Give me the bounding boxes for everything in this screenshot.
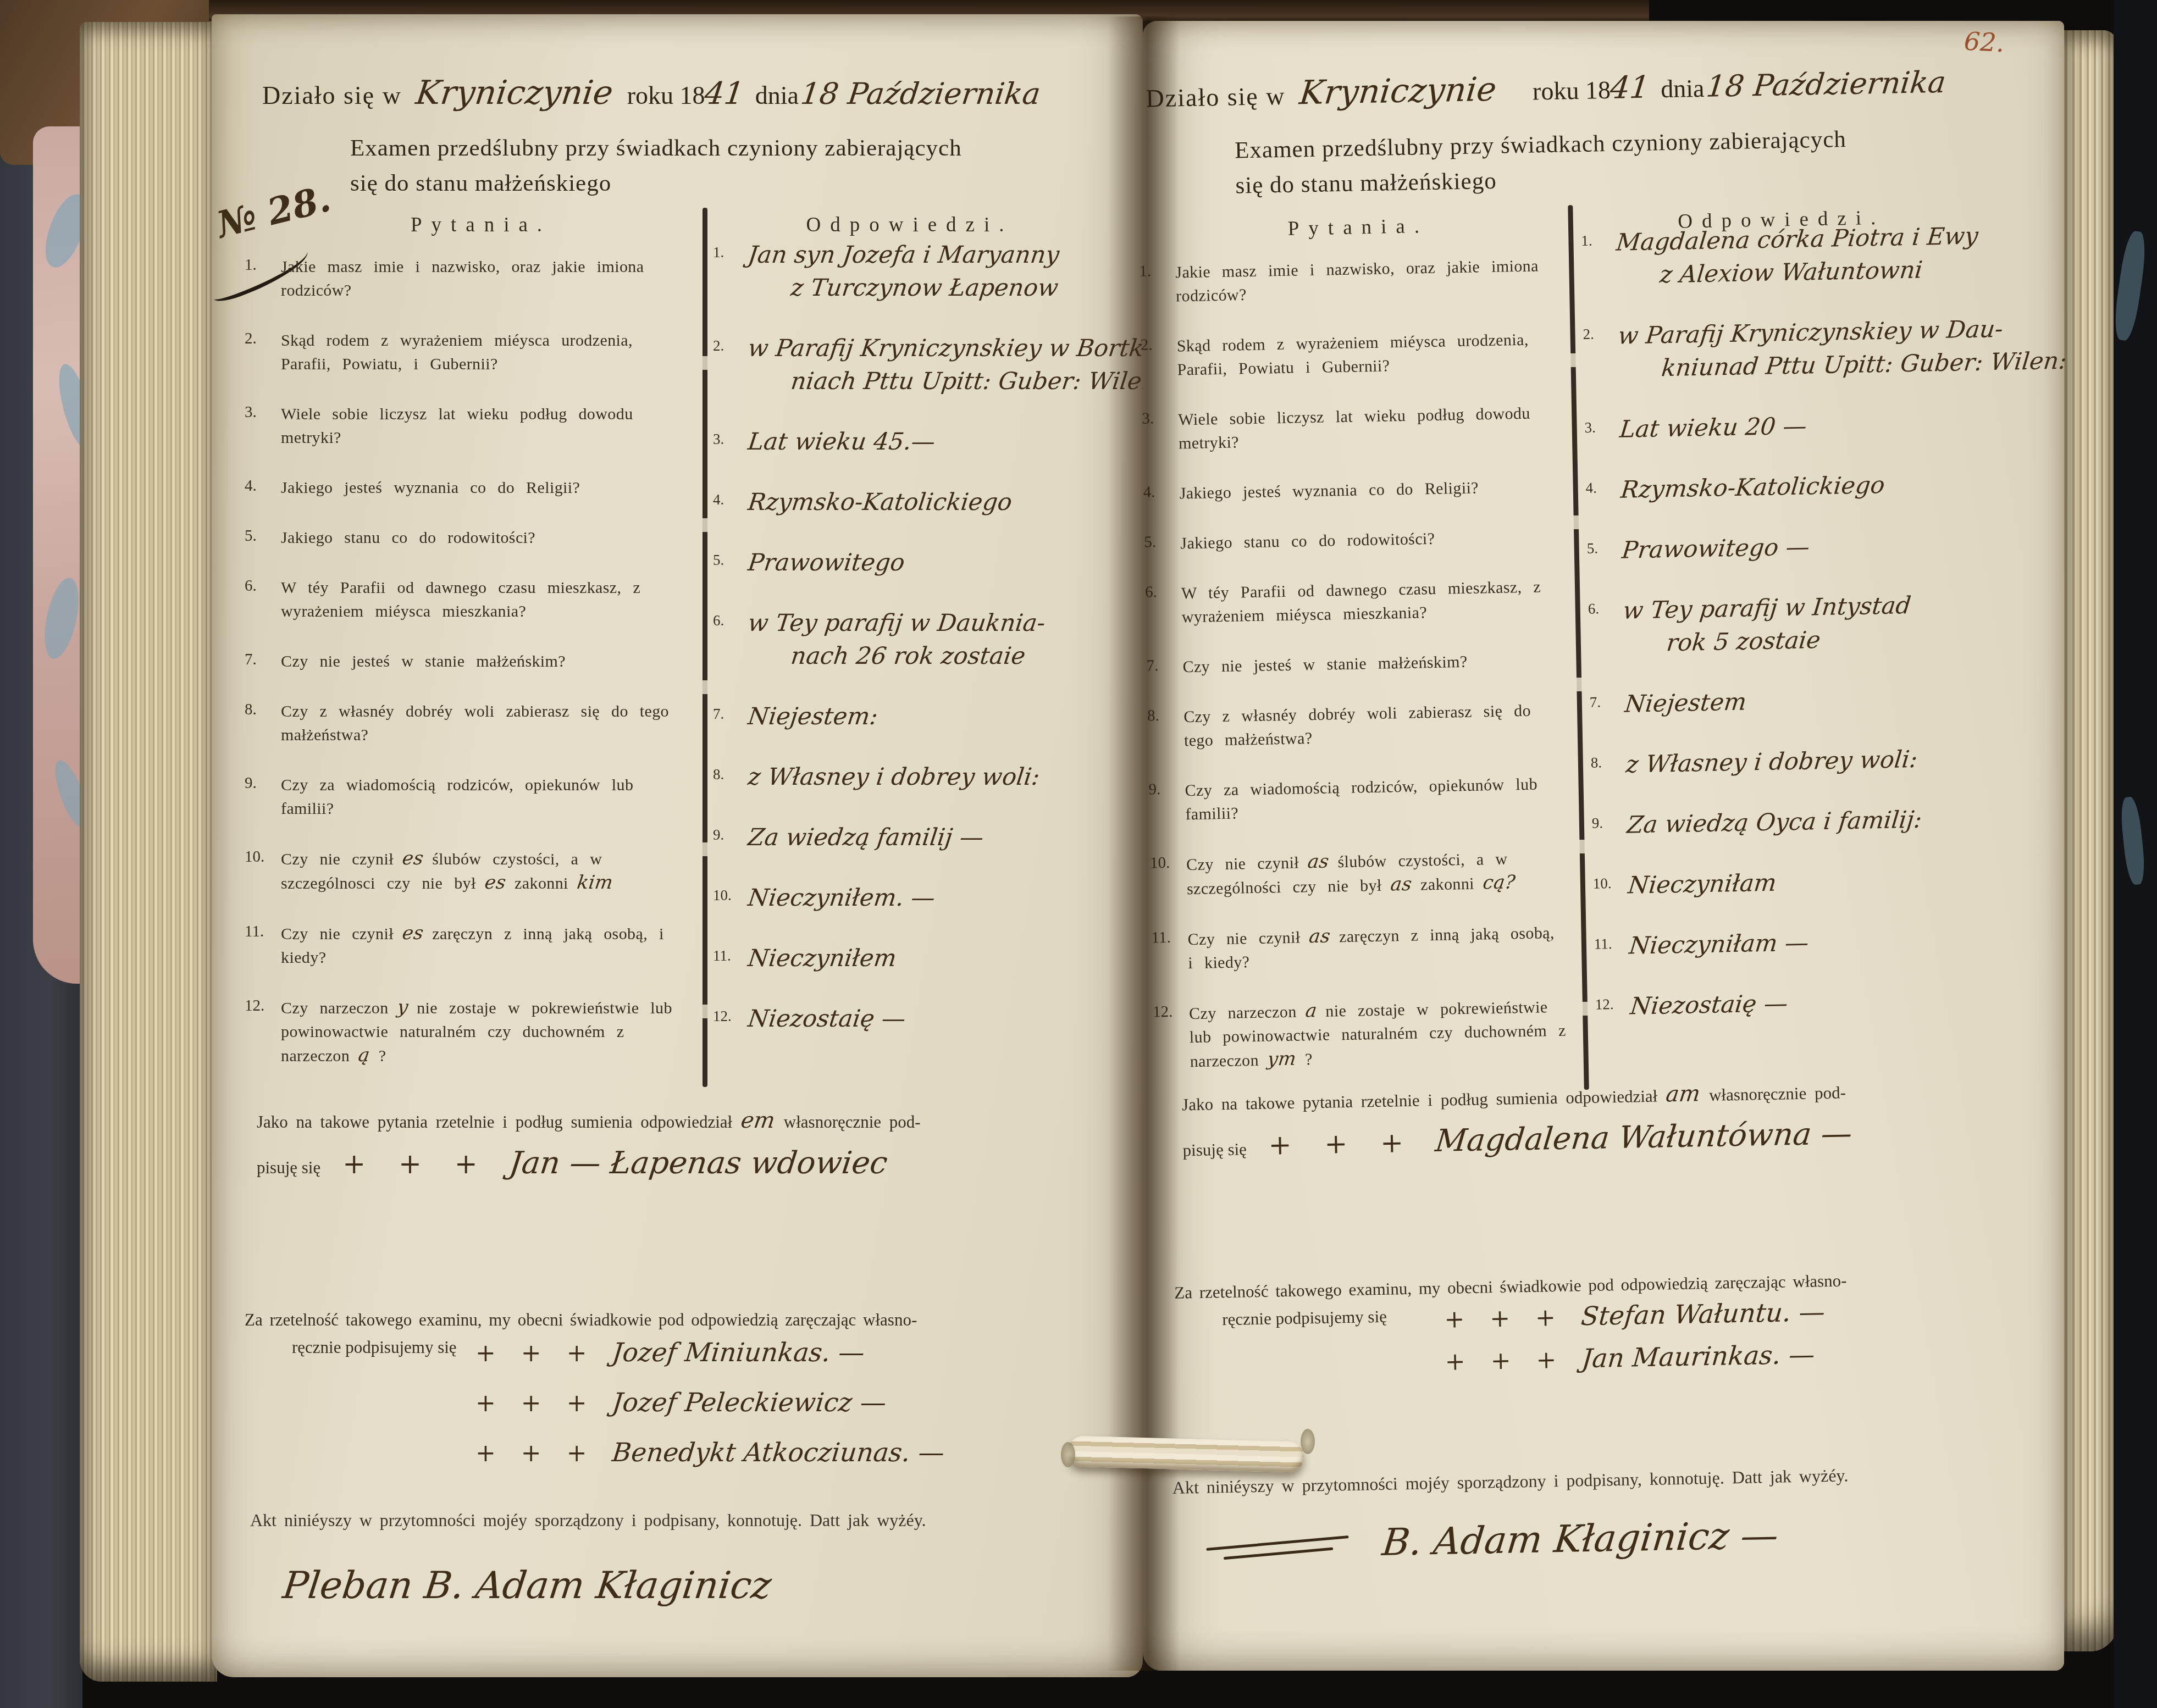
answer-line: Nieczyniłem <box>746 942 1141 975</box>
witness-statement-line1: Za rzetelność takowego examinu, my obecn… <box>245 1310 1124 1330</box>
page-block-edges-right <box>2062 30 2117 1651</box>
answer-text: Za wiedzą Oyca i familij: <box>1627 801 2043 842</box>
question-row: 2.Skąd rodem z wyrażeniem miéysca urodze… <box>1140 328 1558 382</box>
right-page-content: 62. Działo się wKryniczynieroku 1841dnia… <box>1113 4 2064 1671</box>
answer-number: 3. <box>1584 413 1620 447</box>
answer-number: 10. <box>1592 869 1628 903</box>
answer-number: 10. <box>713 881 748 914</box>
groom-signature: Jan — Łapenas wdowiec <box>507 1145 889 1181</box>
question-number: 4. <box>245 476 281 500</box>
answer-number: 2. <box>1583 320 1619 386</box>
question-row: 6.W téy Parafii od dawnego czasu mieszka… <box>245 576 684 623</box>
answer-text: Nieczyniłem. — <box>748 881 1139 914</box>
question-number: 3. <box>245 402 281 450</box>
question-number: 1. <box>245 255 281 302</box>
question-text: Jakie masz imie i nazwisko, oraz jakie i… <box>1175 254 1557 308</box>
blue-paint-mark <box>2119 796 2147 886</box>
header-dnia-label: dnia <box>755 81 799 109</box>
witness-crosses: + + + <box>475 1389 596 1417</box>
question-text: Wiele sobie liczysz lat wieku podług dow… <box>281 402 684 450</box>
printed-question-segment: Skąd rodem z wyrażeniem miéysca urodzeni… <box>1177 331 1529 379</box>
answer-row: 6.w Tey parafij w Dauknia-nach 26 rok zo… <box>713 607 1139 673</box>
header-place-handwritten: Kryniczynie <box>1298 70 1498 113</box>
printed-question-segment: ? <box>379 1047 386 1065</box>
question-text: Jakiego stanu co do rodowitości? <box>1180 525 1562 556</box>
answer-row: 3.Lat wieku 20 — <box>1584 406 2036 447</box>
answer-row: 6.w Tey parafij w Intystadrok 5 zostaie <box>1588 587 2039 661</box>
declaration-text-post: własnoręcznie pod- <box>784 1112 921 1132</box>
handwritten-ending: ą <box>357 1044 372 1067</box>
answer-text: Nieczyniłam <box>1628 862 2044 902</box>
declaration-line1: Jako na takowe pytania rzetelnie i podłu… <box>257 1108 1125 1133</box>
handwritten-ending: as <box>1308 924 1332 949</box>
witness-row: + + +Benedykt Atkocziunas. — <box>475 1438 944 1468</box>
witness-name: Jan Maurinkas. — <box>1580 1339 1816 1374</box>
answer-row: 9.Za wiedzą Oyca i familij: <box>1591 801 2043 842</box>
question-text: Czy nie czyniłaszaręczyn z inną jaką oso… <box>1187 920 1569 975</box>
answer-line: Nieczyniłem. — <box>746 881 1141 914</box>
question-row: 10.Czy nie czyniłasślubów czystości, a w… <box>1150 846 1568 902</box>
answer-number: 1. <box>1581 226 1617 293</box>
answer-number: 2. <box>713 332 748 398</box>
answer-row: 2.w Parafij Kryniczynskiey w Dau-kniunad… <box>1583 312 2034 386</box>
answer-row: 10.Nieczyniłem. — <box>713 881 1139 914</box>
printed-question-segment: Czy nie czynił <box>1187 929 1300 949</box>
question-row: 6.W téy Parafii od dawnego czasu mieszka… <box>1145 575 1563 630</box>
priest-signature: Pleban B. Adam Kłaginicz <box>280 1564 774 1607</box>
handwritten-ending: cą? <box>1481 870 1517 895</box>
answer-line: Lat wieku 20 — <box>1618 406 2037 446</box>
answer-line: Lat wieku 45.— <box>746 425 1141 458</box>
declaration-hand-ending: am <box>1664 1081 1701 1107</box>
question-text: Jakiego stanu co do rodowitości? <box>281 526 684 550</box>
questions-column: 1.Jakie masz imie i nazwisko, oraz jakie… <box>1139 254 1572 1101</box>
printed-question-segment: Jakiego stanu co do rodowitości? <box>281 529 535 547</box>
answer-line: Niezostaię — <box>746 1002 1141 1035</box>
question-row: 7.Czy nie jesteś w stanie małżeńskim? <box>1146 648 1564 680</box>
printed-question-segment: Jakiego stanu co do rodowitości? <box>1180 530 1435 552</box>
question-text: Czy narzeczonynie zostaje w pokrewieństw… <box>281 996 684 1068</box>
answer-line: Prawowitego <box>746 546 1141 579</box>
answer-row: 12.Niezostaię — <box>1595 983 2046 1024</box>
declaration-signature-row: pisuję się + + + Jan — Łapenas wdowiec <box>257 1145 1125 1181</box>
declaration-line2: pisuję się <box>1182 1139 1247 1160</box>
declaration-signature-row: pisuję się + + + Magdalena Wałuntówna — <box>1182 1112 2040 1164</box>
answer-row: 4.Rzymsko-Katolickiego <box>713 486 1139 519</box>
printed-question-segment: Czy narzeczon <box>1189 1003 1297 1023</box>
answer-number: 3. <box>713 425 748 458</box>
witness-row: + + +Jozef Peleckiewicz — <box>475 1388 944 1418</box>
question-text: W téy Parafii od dawnego czasu mieszkasz… <box>1181 575 1563 629</box>
handwritten-ending: es <box>483 871 507 895</box>
printed-question-segment: zakonni <box>515 874 568 892</box>
answer-text: Niezostaię — <box>748 1002 1139 1035</box>
answer-number: 11. <box>713 942 748 975</box>
binding-cord <box>1067 1435 1304 1472</box>
answer-row: 5.Prawowitego <box>713 546 1139 579</box>
question-text: Czy nie jesteś w stanie małżeńskim? <box>1182 648 1564 679</box>
priest-signature: B. Adam Kłaginicz — <box>1380 1514 1780 1565</box>
question-row: 12.Czy narzeczonynie zostaje w pokrewień… <box>245 996 684 1068</box>
answer-row: 12.Niezostaię — <box>713 1002 1139 1035</box>
question-row: 9.Czy za wiadomością rodziców, opiekunów… <box>245 773 684 820</box>
question-row: 4.Jakiego jesteś wyznania co do Religii? <box>245 476 684 500</box>
answer-number: 1. <box>713 239 748 304</box>
answer-text: Nieczyniłam — <box>1629 922 2045 963</box>
left-page: Działo się wKryniczynieroku 1841dnia 18 … <box>212 14 1143 1677</box>
witness-crosses: + + + <box>1445 1346 1565 1376</box>
column-header-questions: Pytania. <box>1177 212 1540 242</box>
column-header-answers: Odpowiedzi. <box>723 213 1097 237</box>
answer-text: z Własney i dobrey woli: <box>748 761 1139 794</box>
answer-text: w Tey parafij w Intystadrok 5 zostaie <box>1623 587 2039 661</box>
answer-row: 7.Niejestem <box>1589 680 2040 722</box>
column-divider-rule <box>703 208 707 1087</box>
witness-name: Jozef Peleckiewicz — <box>611 1388 888 1418</box>
question-row: 8.Czy z własnéy dobréy woli zabierasz si… <box>1147 698 1566 753</box>
answer-line: Rzymsko-Katolickiego <box>1619 466 2038 507</box>
answer-number: 7. <box>1589 688 1625 722</box>
page-block-edges-left <box>80 22 217 1682</box>
answer-row: 1.Jan syn Jozefa i Maryannyz Turczynow Ł… <box>713 239 1139 304</box>
printed-question-segment: Jakie masz imie i nazwisko, oraz jakie i… <box>1175 257 1539 305</box>
answer-line: Za wiedzą familij — <box>746 821 1141 854</box>
question-row: 5.Jakiego stanu co do rodowitości? <box>1144 525 1562 556</box>
witness-signatures: + + +Stefan Wałuntu. —+ + +Jan Maurinkas… <box>1444 1297 1826 1389</box>
answer-text: Prawowitego <box>748 546 1139 579</box>
answer-line: Niejestem: <box>746 700 1141 733</box>
question-number: 2. <box>245 329 281 376</box>
binding-hole <box>1301 1429 1315 1454</box>
question-text: Czy z własnéy dobréy woli zabierasz się … <box>281 700 684 747</box>
header-prefix: Działo się w <box>262 81 402 109</box>
printed-question-segment: Jakie masz imie i nazwisko, oraz jakie i… <box>281 258 644 300</box>
answer-number: 9. <box>713 821 748 854</box>
column-header-questions: Pytania. <box>289 213 673 237</box>
question-row: 2.Skąd rodem z wyrażeniem miéysca urodze… <box>245 329 684 376</box>
declaration-block: Jako na takowe pytania rzetelnie i podłu… <box>1182 1075 2040 1164</box>
answer-line: Nieczyniłam <box>1627 862 2045 902</box>
act-header: Działo się wKryniczynieroku 1841dnia 18 … <box>262 74 1040 112</box>
question-text: Czy nie jesteś w stanie małżeńskim? <box>281 650 684 673</box>
answer-text: z Własney i dobrey woli: <box>1625 741 2042 781</box>
answer-text: Za wiedzą familij — <box>748 821 1139 854</box>
declaration-text-pre: Jako na takowe pytania rzetelnie i podłu… <box>257 1112 732 1132</box>
answer-row: 11.Nieczyniłem <box>713 942 1139 975</box>
header-roku-label: roku 18 <box>1533 76 1611 106</box>
answer-text: Prawowitego — <box>1622 526 2038 567</box>
blue-paint-mark <box>2111 230 2148 342</box>
answers-column: 1.Jan syn Jozefa i Maryannyz Turczynow Ł… <box>713 239 1139 1063</box>
header-year-handwritten: 41 <box>1608 70 1651 106</box>
handwritten-ending: ym <box>1266 1047 1297 1072</box>
question-row: 4.Jakiego jesteś wyznania co do Religii? <box>1143 475 1561 506</box>
handwritten-ending: y <box>396 996 410 1019</box>
marble-vein <box>38 575 85 662</box>
answer-row: 2.w Parafij Kryniczynskiey w Bortkłoy-ni… <box>713 332 1139 398</box>
printed-question-segment: W téy Parafii od dawnego czasu mieszkasz… <box>1181 578 1541 626</box>
handwritten-ending: as <box>1306 850 1330 874</box>
answer-text: Niejestem <box>1624 680 2040 721</box>
question-number: 8. <box>245 700 281 747</box>
printed-question-segment: Czy nie jesteś w stanie małżeńskim? <box>281 652 566 670</box>
signature-crosses: + + + <box>1268 1127 1416 1161</box>
answer-row: 10.Nieczyniłam <box>1592 862 2044 903</box>
question-row: 1.Jakie masz imie i nazwisko, oraz jakie… <box>245 255 684 302</box>
header-date-handwritten: 18 Października <box>799 76 1042 111</box>
answer-line: z Alexiow Wałuntowni <box>1658 252 2034 292</box>
header-date-handwritten: 18 Października <box>1705 65 1948 104</box>
answer-row: 7.Niejestem: <box>713 700 1139 733</box>
answer-text: Rzymsko-Katolickiego <box>1620 466 2037 507</box>
header-roku-label: roku 18 <box>627 81 705 109</box>
handwritten-ending: as <box>1389 873 1413 897</box>
answer-line: Nieczyniłam — <box>1628 922 2047 963</box>
answer-number: 9. <box>1591 809 1627 842</box>
question-text: Czy nie czyniłesślubów czystości, a w sz… <box>281 847 684 895</box>
answer-text: Lat wieku 20 — <box>1619 406 2036 446</box>
question-number: 5. <box>245 526 281 550</box>
handwritten-ending: kim <box>576 871 615 895</box>
question-number: 12. <box>245 996 281 1068</box>
subtitle-line1: Examen przedślubny przy świadkach czynio… <box>350 131 1164 166</box>
answer-number: 5. <box>713 546 748 579</box>
answer-text: Rzymsko-Katolickiego <box>748 486 1139 519</box>
answer-text: Magdalena córka Piotra i Ewyz Alexiow Wa… <box>1616 219 2033 292</box>
answer-row: 1.Magdalena córka Piotra i Ewyz Alexiow … <box>1581 219 2033 293</box>
declaration-text-pre: Jako na takowe pytania rzetelnie i podłu… <box>1182 1086 1658 1114</box>
witness-crosses: + + + <box>475 1339 596 1367</box>
answers-column: 1.Magdalena córka Piotra i Ewyz Alexiow … <box>1581 219 2047 1051</box>
witness-crosses: + + + <box>1444 1304 1564 1334</box>
witness-name: Benedykt Atkocziunas. — <box>611 1438 946 1468</box>
answer-line: rok 5 zostaie <box>1665 620 2041 660</box>
closing-statement: Akt niniéyszy w przytomności mojéy sporz… <box>250 1510 926 1530</box>
answer-line: z Turczynow Łapenow <box>789 271 1141 304</box>
answer-row: 9.Za wiedzą familij — <box>713 821 1139 854</box>
act-header: Działo się wKryniczynieroku 1841dnia 18 … <box>1146 62 1946 115</box>
printed-question-segment: Czy za wiadomością rodziców, opiekunów l… <box>1185 775 1537 824</box>
question-row: 9.Czy za wiadomością rodziców, opiekunów… <box>1148 772 1567 827</box>
question-number: 6. <box>245 576 281 623</box>
question-text: Czy nie czyniłeszaręczyn z inną jaką oso… <box>281 922 684 969</box>
question-text: Czy za wiadomością rodziców, opiekunów l… <box>281 773 684 820</box>
question-text: Czy nie czyniłasślubów czystości, a w sz… <box>1186 846 1568 901</box>
answer-line: z Własney i dobrey woli: <box>746 761 1141 794</box>
answer-line: Rzymsko-Katolickiego <box>746 486 1141 519</box>
declaration-line2: pisuję się <box>257 1158 320 1178</box>
answer-line: Niezostaię — <box>1629 983 2048 1023</box>
witness-name: Stefan Wałuntu. — <box>1580 1297 1826 1332</box>
printed-question-segment: Jakiego jesteś wyznania co do Religii? <box>1179 479 1479 502</box>
witness-row: + + +Jozef Miniunkas. — <box>475 1338 944 1368</box>
question-number: 11. <box>245 922 281 969</box>
question-number: 10. <box>245 847 281 895</box>
question-row: 8.Czy z własnéy dobréy woli zabierasz si… <box>245 700 684 747</box>
answer-line: Za wiedzą Oyca i familij: <box>1625 801 2044 842</box>
left-page-content: Działo się wKryniczynieroku 1841dnia 18 … <box>212 14 1143 1677</box>
answer-row: 11.Nieczyniłam — <box>1594 922 2045 963</box>
witness-signatures: + + +Jozef Miniunkas. —+ + +Jozef Peleck… <box>475 1338 944 1488</box>
answer-number: 7. <box>713 700 748 733</box>
handwritten-ending: es <box>401 922 425 945</box>
answer-line: Prawowitego — <box>1620 526 2039 567</box>
question-row: 1.Jakie masz imie i nazwisko, oraz jakie… <box>1139 254 1557 309</box>
question-text: W téy Parafii od dawnego czasu mieszkasz… <box>281 576 684 623</box>
header-year-handwritten: 41 <box>703 76 746 112</box>
answer-text: w Tey parafij w Dauknia-nach 26 rok zost… <box>748 607 1139 673</box>
witness-row: + + +Stefan Wałuntu. — <box>1444 1297 1825 1334</box>
printed-question-segment: Czy z własnéy dobréy woli zabierasz się … <box>1183 702 1531 750</box>
handwritten-ending: es <box>401 847 425 870</box>
form-subtitle: Examen przedślubny przy świadkach czynio… <box>1235 119 2027 203</box>
question-row: 3.Wiele sobie liczysz lat wieku podług d… <box>1142 401 1560 456</box>
printed-question-segment: Czy nie czynił <box>281 925 394 943</box>
printed-question-segment: Wiele sobie liczysz lat wieku podług dow… <box>1178 404 1530 453</box>
witness-row: + + +Jan Maurinkas. — <box>1445 1339 1826 1377</box>
answer-line: nach 26 rok zostaie <box>789 640 1141 673</box>
header-dnia-label: dnia <box>1661 74 1705 103</box>
right-page: 62. Działo się wKryniczynieroku 1841dnia… <box>1143 21 2064 1671</box>
answer-row: 3.Lat wieku 45.— <box>713 425 1139 458</box>
handwritten-ending: a <box>1304 999 1318 1023</box>
answer-text: Lat wieku 45.— <box>748 425 1139 458</box>
answer-number: 8. <box>1590 748 1626 782</box>
question-text: Jakiego jesteś wyznania co do Religii? <box>1179 475 1561 506</box>
bride-signature: Magdalena Wałuntówna — <box>1434 1116 1854 1159</box>
printed-question-segment: Czy z własnéy dobréy woli zabierasz się … <box>281 702 669 744</box>
answer-line: Jan syn Jozefa i Maryanny <box>746 239 1141 271</box>
question-row: 5.Jakiego stanu co do rodowitości? <box>245 526 684 550</box>
question-number: 7. <box>245 650 281 673</box>
question-text: Czy za wiadomością rodziców, opiekunów l… <box>1185 772 1567 827</box>
book-gutter-shadow <box>1108 16 1180 1671</box>
answer-row: 8.z Własney i dobrey woli: <box>713 761 1139 794</box>
witness-name: Jozef Miniunkas. — <box>611 1338 866 1368</box>
answer-line: Niejestem <box>1623 680 2042 721</box>
answer-text: Jan syn Jozefa i Maryannyz Turczynow Łap… <box>748 239 1139 304</box>
printed-question-segment: Czy nie jesteś w stanie małżeńskim? <box>1182 653 1468 676</box>
answer-text: Nieczyniłem <box>748 942 1139 975</box>
declaration-hand-ending: em <box>739 1108 777 1133</box>
printed-question-segment: Czy za wiadomością rodziców, opiekunów l… <box>281 776 633 818</box>
question-row: 7.Czy nie jesteś w stanie małżeńskim? <box>245 650 684 673</box>
printed-question-segment: Czy nie czynił <box>1186 854 1299 874</box>
signature-crosses: + + + <box>342 1148 489 1180</box>
printed-question-segment: Wiele sobie liczysz lat wieku podług dow… <box>281 405 633 447</box>
question-text: Jakiego jesteś wyznania co do Religii? <box>281 476 684 500</box>
answer-number: 6. <box>713 607 748 673</box>
declaration-text-post: własnoręcznie pod- <box>1709 1083 1846 1105</box>
question-text: Czy narzeczonanie zostaje w pokrewieństw… <box>1189 995 1572 1074</box>
printed-question-segment: W téy Parafii od dawnego czasu mieszkasz… <box>281 579 640 620</box>
question-text: Wiele sobie liczysz lat wieku podług dow… <box>1178 401 1560 456</box>
folio-page-number: 62. <box>1964 26 2005 58</box>
answer-number: 12. <box>713 1002 748 1035</box>
question-number: 9. <box>245 773 281 820</box>
answer-text: w Parafij Kryniczynskiey w Dau-kniunad P… <box>1618 312 2067 386</box>
question-text: Czy z własnéy dobréy woli zabierasz się … <box>1183 698 1566 753</box>
questions-column: 1.Jakie masz imie i nazwisko, oraz jakie… <box>245 255 684 1094</box>
printed-question-segment: Czy nie czynił <box>281 850 394 868</box>
answer-number: 5. <box>1586 534 1622 568</box>
answer-text: Niezostaię — <box>1630 983 2046 1023</box>
answer-line: w Tey parafij w Dauknia- <box>746 607 1141 640</box>
form-subtitle: Examen przedślubny przy świadkach czynio… <box>350 131 1164 201</box>
answer-row: 5.Prawowitego — <box>1586 526 2038 568</box>
question-text: Skąd rodem z wyrażeniem miéysca urodzeni… <box>1176 328 1558 382</box>
question-row: 12.Czy narzeczonanie zostaje w pokrewień… <box>1153 995 1572 1074</box>
question-row: 11.Czy nie czyniłeszaręczyn z inną jaką … <box>245 922 684 969</box>
answer-number: 6. <box>1588 595 1624 661</box>
witness-crosses: + + + <box>475 1439 596 1467</box>
background-right <box>2114 0 2157 1708</box>
answer-number: 11. <box>1594 930 1629 963</box>
printed-question-segment: zakonni <box>1420 875 1474 894</box>
question-row: 11.Czy nie czyniłaszaręczyn z inną jaką … <box>1151 920 1569 976</box>
declaration-block: Jako na takowe pytania rzetelnie i podłu… <box>257 1108 1125 1181</box>
question-row: 10.Czy nie czyniłesślubów czystości, a w… <box>245 847 684 895</box>
printed-question-segment: ? <box>1305 1050 1313 1068</box>
answer-row: 8.z Własney i dobrey woli: <box>1590 741 2042 782</box>
answer-number: 4. <box>1585 474 1621 507</box>
answer-line: z Własney i dobrey woli: <box>1624 741 2043 781</box>
answer-number: 4. <box>713 486 748 519</box>
answer-text: Niejestem: <box>748 700 1139 733</box>
answer-number: 12. <box>1595 990 1630 1024</box>
answer-row: 4.Rzymsko-Katolickiego <box>1585 466 2037 507</box>
book-scan-photo: { "left_page": { "header": { "prefix": "… <box>0 0 2157 1708</box>
question-text: Jakie masz imie i nazwisko, oraz jakie i… <box>281 255 684 302</box>
printed-question-segment: Czy narzeczon <box>281 999 389 1017</box>
binding-hole <box>1061 1442 1075 1467</box>
question-row: 3.Wiele sobie liczysz lat wieku podług d… <box>245 402 684 450</box>
header-place-handwritten: Kryniczynie <box>414 74 615 112</box>
printed-question-segment: Jakiego jesteś wyznania co do Religii? <box>281 479 580 497</box>
printed-question-segment: Skąd rodem z wyrażeniem miéysca urodzeni… <box>281 331 633 373</box>
answer-number: 8. <box>713 761 748 794</box>
subtitle-line2: się do stanu małżeńskiego <box>350 166 1164 201</box>
answer-line: kniunad Pttu Upitt: Guber: Wilen: <box>1660 345 2068 385</box>
signature-flourish <box>1206 1535 1350 1565</box>
question-text: Skąd rodem z wyrażeniem miéysca urodzeni… <box>281 329 684 376</box>
